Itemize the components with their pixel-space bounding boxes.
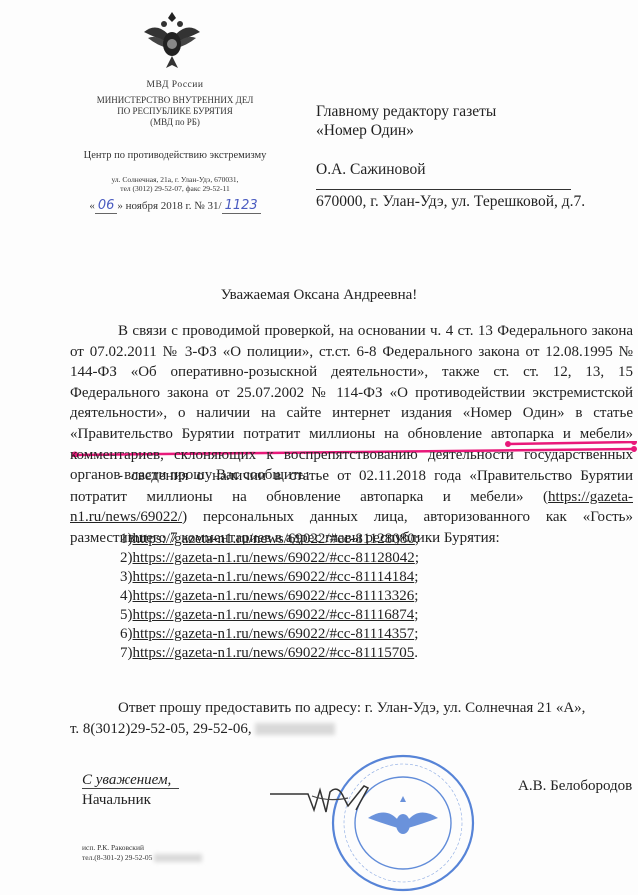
paragraph-1-text: В связи с проводимой проверкой, на основ… <box>70 321 633 486</box>
document-date-number: «06» ноября 2018 г. № 31/1123 <box>70 200 280 212</box>
department-name: Центр по противодействию экстремизму <box>70 150 280 161</box>
redacted-phone <box>255 723 335 735</box>
handwritten-day: 06 <box>95 198 118 214</box>
list-end: ; <box>414 588 418 604</box>
list-item: 7)https://gazeta-n1.ru/news/69022/#cc-81… <box>120 644 419 663</box>
comment-link[interactable]: https://gazeta-n1.ru/news/69022/#cc-8112… <box>133 531 415 547</box>
redacted-phone <box>154 854 202 862</box>
recipient-title: Главному редактору газеты «Номер Один» <box>316 102 496 140</box>
list-number: 7) <box>120 645 133 661</box>
signer-position: Начальник <box>82 790 179 810</box>
comment-link[interactable]: https://gazeta-n1.ru/news/69022/#cc-8111… <box>133 607 415 623</box>
list-item: 6)https://gazeta-n1.ru/news/69022/#cc-81… <box>120 625 419 644</box>
executor-name: исп. Р.К. Раковский <box>82 843 202 853</box>
double-headed-eagle-icon <box>142 8 202 74</box>
list-number: 6) <box>120 626 133 642</box>
address-line1: ул. Солнечная, 21а, г. Улан-Удэ, 670031, <box>70 175 280 184</box>
handwritten-doc-number: 1123 <box>222 198 261 214</box>
list-end: ; <box>414 626 418 642</box>
reply-phones: т. 8(3012)29-52-05, 29-52-06, <box>70 721 252 737</box>
list-item: 5)https://gazeta-n1.ru/news/69022/#cc-81… <box>120 606 419 625</box>
list-number: 5) <box>120 607 133 623</box>
comment-links-list: 1)https://gazeta-n1.ru/news/69022/#cc-81… <box>120 530 419 663</box>
signer-name: А.В. Белобородов <box>518 778 632 795</box>
list-number: 1) <box>120 531 133 547</box>
department-address: ул. Солнечная, 21а, г. Улан-Удэ, 670031,… <box>70 175 280 193</box>
recipient-name: О.А. Сажиновой <box>316 160 426 179</box>
list-end: ; <box>414 607 418 623</box>
reply-request: Ответ прошу предоставить по адресу: г. У… <box>70 698 633 739</box>
reply-line1: Ответ прошу предоставить по адресу: г. У… <box>70 698 633 719</box>
ministry-line2: ПО РЕСПУБЛИКЕ БУРЯТИЯ <box>70 106 280 117</box>
executor-phone: тел.(8-301-2) 29-52-05 <box>82 853 152 862</box>
comment-link[interactable]: https://gazeta-n1.ru/news/69022/#cc-8111… <box>133 569 415 585</box>
address-line2: тел (3012) 29-52-07, факс 29-52-11 <box>70 184 280 193</box>
ministry-short: (МВД по РБ) <box>70 117 280 128</box>
signature-block: С уважением, Начальник <box>82 770 179 810</box>
ministry-name: МИНИСТЕРСТВО ВНУТРЕННИХ ДЕЛ ПО РЕСПУБЛИК… <box>70 95 280 128</box>
body-paragraph-1: В связи с проводимой проверкой, на основ… <box>70 321 633 486</box>
ministry-line1: МИНИСТЕРСТВО ВНУТРЕННИХ ДЕЛ <box>70 95 280 106</box>
comment-link[interactable]: https://gazeta-n1.ru/news/69022/#cc-8112… <box>133 550 415 566</box>
list-end: ; <box>414 569 418 585</box>
regards-text: С уважением, <box>82 772 179 789</box>
recipient-line2: «Номер Один» <box>316 121 496 140</box>
executor-info: исп. Р.К. Раковский тел.(8-301-2) 29-52-… <box>82 843 202 863</box>
list-end: . <box>414 645 418 661</box>
comment-link[interactable]: https://gazeta-n1.ru/news/69022/#cc-8111… <box>133 588 415 604</box>
handwritten-signature-icon <box>268 772 408 822</box>
comment-link[interactable]: https://gazeta-n1.ru/news/69022/#cc-8111… <box>133 626 415 642</box>
reply-line2: т. 8(3012)29-52-05, 29-52-06, <box>70 719 633 740</box>
list-end: ; <box>415 531 419 547</box>
recipient-address: 670000, г. Улан-Удэ, ул. Терешковой, д.7… <box>316 192 585 211</box>
recipient-line1: Главному редактору газеты <box>316 102 496 121</box>
comment-link[interactable]: https://gazeta-n1.ru/news/69022/#cc-8111… <box>133 645 415 661</box>
list-item: 1)https://gazeta-n1.ru/news/69022/#cc-81… <box>120 530 419 549</box>
date-rest: ноября 2018 г. № 31/ <box>123 200 222 212</box>
list-item: 3)https://gazeta-n1.ru/news/69022/#cc-81… <box>120 568 419 587</box>
list-item: 2)https://gazeta-n1.ru/news/69022/#cc-81… <box>120 549 419 568</box>
list-number: 4) <box>120 588 133 604</box>
mvd-russia-label: МВД России <box>70 80 280 91</box>
list-item: 4)https://gazeta-n1.ru/news/69022/#cc-81… <box>120 587 419 606</box>
list-end: ; <box>415 550 419 566</box>
salutation: Уважаемая Оксана Андреевна! <box>0 287 638 304</box>
recipient-divider <box>316 189 571 190</box>
list-number: 3) <box>120 569 133 585</box>
list-number: 2) <box>120 550 133 566</box>
quote-open: « <box>89 200 95 212</box>
